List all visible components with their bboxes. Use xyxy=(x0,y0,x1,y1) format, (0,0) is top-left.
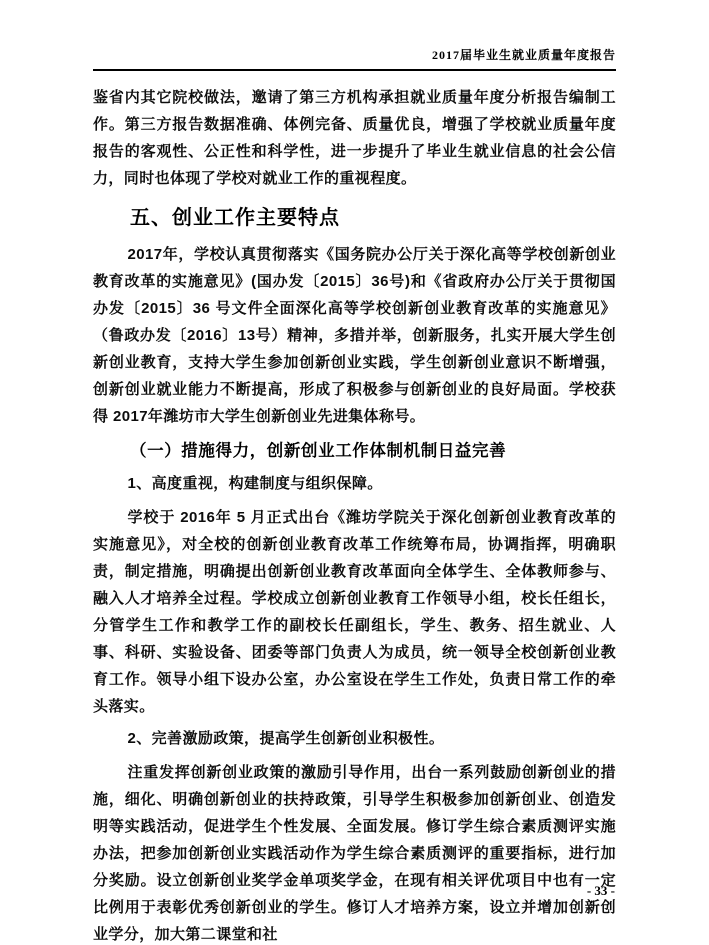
numbered-item-heading: 2、完善激励政策，提高学生创新创业积极性。 xyxy=(93,725,616,752)
paragraph: 注重发挥创新创业政策的激励引导作用，出台一系列鼓励创新创业的措施，细化、明确创新… xyxy=(93,759,616,945)
document-page: 2017届毕业生就业质量年度报告 鉴省内其它院校做法，邀请了第三方机构承担就业质… xyxy=(0,0,709,945)
page-header: 2017届毕业生就业质量年度报告 xyxy=(0,0,709,64)
paragraph: 学校于 2016年 5 月正式出台《潍坊学院关于深化创新创业教育改革的实施意见》… xyxy=(93,504,616,720)
page-number: - 33 - xyxy=(587,883,615,899)
document-body: 鉴省内其它院校做法，邀请了第三方机构承担就业质量年度分析报告编制工作。第三方报告… xyxy=(0,71,709,945)
section-heading: 五、创业工作主要特点 xyxy=(93,201,616,230)
numbered-item-heading: 1、高度重视，构建制度与组织保障。 xyxy=(93,470,616,497)
paragraph-continuation: 鉴省内其它院校做法，邀请了第三方机构承担就业质量年度分析报告编制工作。第三方报告… xyxy=(93,84,616,192)
paragraph: 2017年，学校认真贯彻落实《国务院办公厅关于深化高等学校创新创业教育改革的实施… xyxy=(93,241,616,430)
report-title-running-head: 2017届毕业生就业质量年度报告 xyxy=(432,48,616,62)
subsection-heading: （一）措施得力，创新创业工作体制机制日益完善 xyxy=(93,437,616,461)
